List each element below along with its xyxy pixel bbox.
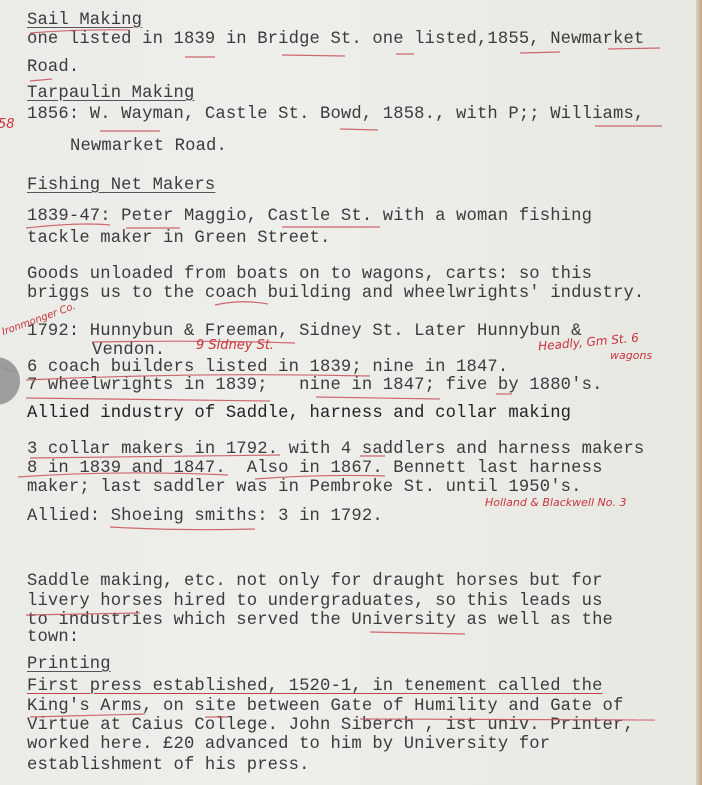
heading-sail-making: Sail Making xyxy=(27,11,142,31)
text-line: First press established, 1520-1, in tene… xyxy=(27,677,603,697)
text-line: Saddle making, etc. not only for draught… xyxy=(27,572,603,592)
text-line: briggs us to the coach building and whee… xyxy=(27,284,644,304)
text-line: establishment of his press. xyxy=(27,756,310,776)
text-line: 8 in 1839 and 1847. Also in 1867. Bennet… xyxy=(27,459,603,479)
text-line: Goods unloaded from boats on to wagons, … xyxy=(27,265,592,285)
heading-fishing-net-makers: Fishing Net Makers xyxy=(27,176,215,196)
page-edge xyxy=(696,0,702,785)
text-line: worked here. £20 advanced to him by Univ… xyxy=(27,735,550,755)
text-line: Newmarket Road. xyxy=(70,137,227,157)
text-line: Allied industry of Saddle, harness and c… xyxy=(27,404,571,424)
text-line: one listed in 1839 in Bridge St. one lis… xyxy=(27,30,644,50)
text-line: 1792: Hunnybun & Freeman, Sidney St. Lat… xyxy=(27,322,582,342)
text-line: Road. xyxy=(27,58,79,78)
text-line: Allied: Shoeing smiths: 3 in 1792. xyxy=(27,507,383,527)
handwritten-note: 9 Sidney St. xyxy=(196,338,274,353)
text-line: King's Arms, on site between Gate of Hum… xyxy=(27,697,623,717)
typed-document-page: Sail Making one listed in 1839 in Bridge… xyxy=(0,0,696,785)
handwritten-note: Holland & Blackwell No. 3 xyxy=(485,496,626,509)
heading-printing: Printing xyxy=(27,655,111,675)
page-edge-shadow xyxy=(0,357,20,405)
heading-tarpaulin-making: Tarpaulin Making xyxy=(27,84,194,104)
text-line: town: xyxy=(27,628,79,648)
text-line: 6 coach builders listed in 1839; nine in… xyxy=(27,358,508,378)
handwritten-note: wagons xyxy=(610,349,652,362)
text-line: to industries which served the Universit… xyxy=(27,611,613,631)
text-line: tackle maker in Green Street. xyxy=(27,229,330,249)
text-line: 7 wheelwrights in 1839; nine in 1847; fi… xyxy=(27,376,603,396)
text-line: 3 collar makers in 1792. with 4 saddlers… xyxy=(27,440,644,460)
text-line: maker; last saddler was in Pembroke St. … xyxy=(27,478,582,498)
handwritten-note: 58 xyxy=(0,117,15,132)
text-line: 1839-47: Peter Maggio, Castle St. with a… xyxy=(27,207,592,227)
text-line: 1856: W. Wayman, Castle St. Bowd, 1858.,… xyxy=(27,105,644,125)
text-line: Virtue at Caius College. John Siberch , … xyxy=(27,716,634,736)
text-line: livery horses hired to undergraduates, s… xyxy=(27,592,603,612)
